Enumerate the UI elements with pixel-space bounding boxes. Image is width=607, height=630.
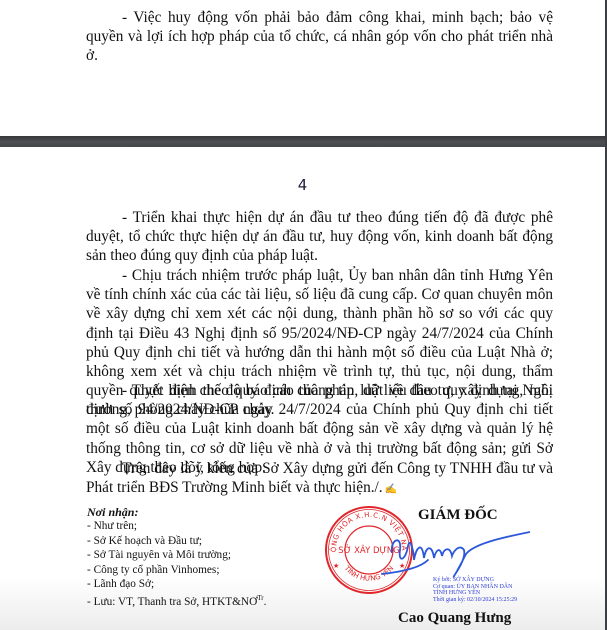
page-separator — [0, 136, 605, 147]
recipient-item: - Sở Kế hoạch và Đầu tư; — [87, 534, 317, 548]
recipient-item: - Lãnh đạo Sở; — [87, 577, 317, 591]
digital-signature-info: Ký bởi: SỞ XÂY DỰNG Cơ quan: ỦY BAN NHÂN… — [433, 577, 517, 603]
recipients-block: Nơi nhận: - Như trên; - Sở Kế hoạch và Đ… — [87, 505, 317, 610]
recipient-item: - Sở Tài nguyên và Môi trường; — [87, 548, 317, 562]
page-3: - Việc huy động vốn phải bảo đảm công kh… — [0, 0, 605, 136]
recipients-title: Nơi nhận: — [87, 505, 317, 519]
page-number: 4 — [0, 176, 605, 194]
document-viewport[interactable]: - Việc huy động vốn phải bảo đảm công kh… — [0, 0, 605, 630]
handwritten-signature-icon — [380, 530, 530, 580]
initial-mark-icon: ✍ — [385, 484, 397, 495]
closing-text: Trên đây là ý kiến của Sở Xây dựng gửi đ… — [86, 460, 553, 496]
svg-text:★: ★ — [333, 562, 339, 570]
recipient-item-archive: - Lưu: VT, Thanh tra Sở, HTKT&NƠTr. — [87, 591, 317, 609]
recipient-item: - Như trên; — [87, 519, 317, 533]
recipient-item: - Công ty cổ phần Vinhomes; — [87, 563, 317, 577]
paragraph-closing: Trên đây là ý kiến của Sở Xây dựng gửi đ… — [86, 459, 553, 499]
paragraph-implementation: - Triển khai thực hiện dự án đầu tư theo… — [86, 208, 553, 266]
signer-name: Cao Quang Hưng — [398, 610, 511, 627]
paragraph-capital-mobilization: - Việc huy động vốn phải bảo đảm công kh… — [86, 8, 553, 66]
signer-title: GIÁM ĐỐC — [418, 507, 498, 524]
